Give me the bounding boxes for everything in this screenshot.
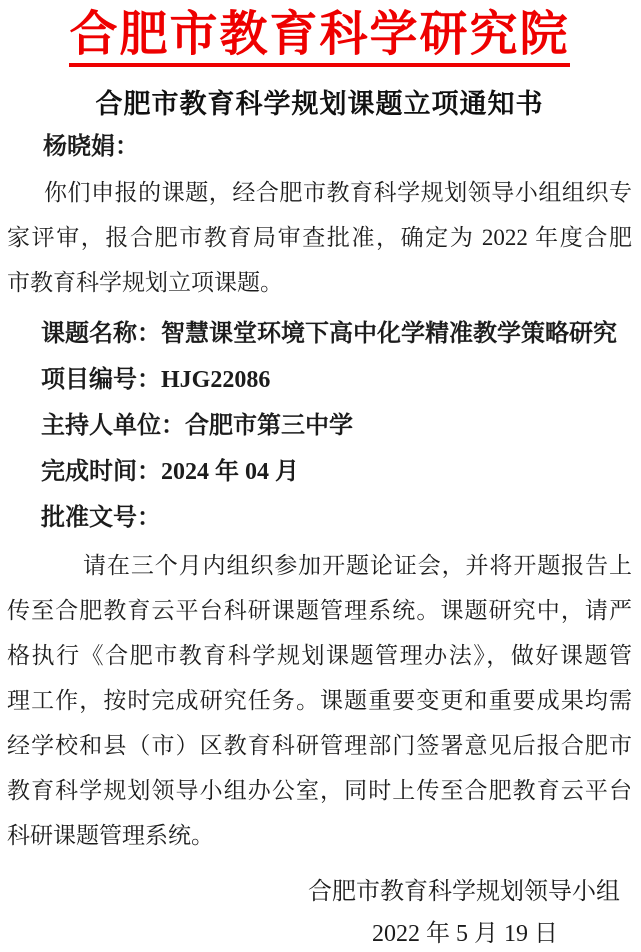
field-label: 主持人单位： xyxy=(41,413,185,439)
org-title-text: 合肥市教育科学研究院 xyxy=(69,8,569,67)
addressee: 杨晓娟： xyxy=(7,125,632,170)
field-value: 智慧课堂环境下高中化学精准教学策略研究 xyxy=(161,321,617,347)
paragraph-line: 格执行《合肥市教育科学规划课题管理办法》，做好课题管 xyxy=(7,633,632,678)
paragraph-line: 请在三个月内组织参加开题论证会，并将开题报告上 xyxy=(7,543,632,588)
field-value: 合肥市第三中学 xyxy=(185,413,353,439)
doc-title: 合肥市教育科学规划课题立项通知书 xyxy=(7,89,632,119)
project-fields: 课题名称：智慧课堂环境下高中化学精准教学策略研究 项目编号：HJG22086 主… xyxy=(7,311,632,541)
paragraph-line: 理工作，按时完成研究任务。课题重要变更和重要成果均需 xyxy=(7,678,632,723)
field-value: 2024 年 04 月 xyxy=(161,459,299,485)
field-label: 项目编号： xyxy=(41,367,161,393)
field-project-name: 课题名称：智慧课堂环境下高中化学精准教学策略研究 xyxy=(7,311,632,357)
field-completion-date: 完成时间：2024 年 04 月 xyxy=(7,449,632,495)
paragraph-line: 你们申报的课题，经合肥市教育科学规划领导小组组织专 xyxy=(7,170,632,215)
field-host-organization: 主持人单位：合肥市第三中学 xyxy=(7,403,632,449)
org-title: 合肥市教育科学研究院 xyxy=(7,8,632,67)
field-value: HJG22086 xyxy=(161,367,270,393)
paragraph-line: 经学校和县（市）区教育科研管理部门签署意见后报合肥市 xyxy=(7,723,632,768)
signature-org: 合肥市教育科学规划领导小组 xyxy=(7,871,632,913)
field-approval-number: 批准文号： xyxy=(7,495,632,541)
paragraph-line: 传至合肥教育云平台科研课题管理系统。课题研究中，请严 xyxy=(7,588,632,633)
paragraph-line: 家评审，报合肥市教育局审查批准，确定为 2022 年度合肥 xyxy=(7,215,632,260)
paragraph-line: 市教育科学规划立项课题。 xyxy=(7,260,632,305)
field-label: 课题名称： xyxy=(41,321,161,347)
intro-paragraph: 你们申报的课题，经合肥市教育科学规划领导小组组织专 家评审，报合肥市教育局审查批… xyxy=(7,170,632,305)
instructions-paragraph: 请在三个月内组织参加开题论证会，并将开题报告上 传至合肥教育云平台科研课题管理系… xyxy=(7,543,632,858)
signature-date: 2022 年 5 月 19 日 xyxy=(7,913,632,952)
field-label: 完成时间： xyxy=(41,459,161,485)
field-project-number: 项目编号：HJG22086 xyxy=(7,357,632,403)
field-label: 批准文号： xyxy=(41,505,161,531)
paragraph-line: 教育科学规划领导小组办公室，同时上传至合肥教育云平台 xyxy=(7,768,632,813)
paragraph-line: 科研课题管理系统。 xyxy=(7,813,632,858)
approval-notice-document: 合肥市教育科学研究院 合肥市教育科学规划课题立项通知书 杨晓娟： 你们申报的课题… xyxy=(0,0,641,952)
